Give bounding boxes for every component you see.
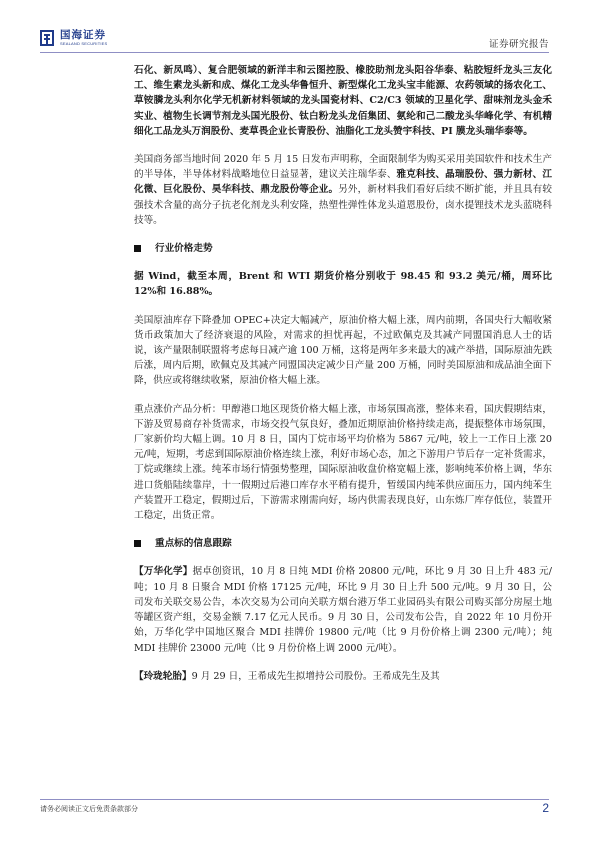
key-products-paragraph: 重点涨价产品分析：甲醇港口地区现货价格大幅上涨，市场氛围高涨，整体来看，国庆假期… [134,402,552,524]
sealand-logo: 国海证券 SEALAND SECURITIES [40,30,107,46]
section-title: 重点标的信息跟踪 [155,536,232,551]
bullet-square-icon [134,540,141,547]
company-text: 9 月 29 日，王希成先生拟增持公司股份。王希成先生及其 [192,671,440,682]
footer-divider [40,799,549,800]
linglong-paragraph: 【玲珑轮胎】9 月 29 日，王希成先生拟增持公司股份。王希成先生及其 [134,669,552,684]
price-summary: 据 Wind，截至本周，Brent 和 WTI 期货价格分别收于 98.45 和… [134,269,552,299]
section-title: 行业价格走势 [155,241,213,256]
page-number: 2 [542,801,549,815]
company-text: 据卓创资讯，10 月 8 日纯 MDI 价格 20800 元/吨，环比 9 月 … [134,566,552,653]
main-content: 石化、新凤鸣）、复合肥领域的新洋丰和云图控股、橡胶助剂龙头阳谷华泰、粘胶短纤龙头… [134,63,552,697]
oil-paragraph: 美国原油库存下降叠加 OPEC+决定大幅减产，原油价格大幅上涨，周内前期，各国央… [134,313,552,389]
intro-paragraph: 石化、新凤鸣）、复合肥领域的新洋丰和云图控股、橡胶助剂龙头阳谷华泰、粘胶短纤龙头… [134,63,552,139]
wanhua-paragraph: 【万华化学】据卓创资讯，10 月 8 日纯 MDI 价格 20800 元/吨，环… [134,564,552,655]
bullet-square-icon [134,245,141,252]
logo-mark-icon [40,30,54,46]
company-tag: 【万华化学】 [134,566,192,577]
footer-disclaimer: 请务必阅读正文后免责条款部分 [40,804,138,814]
header-divider [40,52,549,53]
section-heading-price-trend: 行业价格走势 [134,241,552,256]
company-tag: 【玲珑轮胎】 [134,671,192,682]
logo-english-name: SEALAND SECURITIES [60,41,107,46]
semiconductor-paragraph: 美国商务部当地时间 2020 年 5 月 15 日发布声明称，全面限制华为购买采… [134,152,552,228]
report-type-label: 证券研究报告 [489,36,549,50]
section-heading-tracking: 重点标的信息跟踪 [134,536,552,551]
logo-chinese-name: 国海证券 [60,30,107,41]
page-header: 国海证券 SEALAND SECURITIES 证券研究报告 [40,30,549,50]
